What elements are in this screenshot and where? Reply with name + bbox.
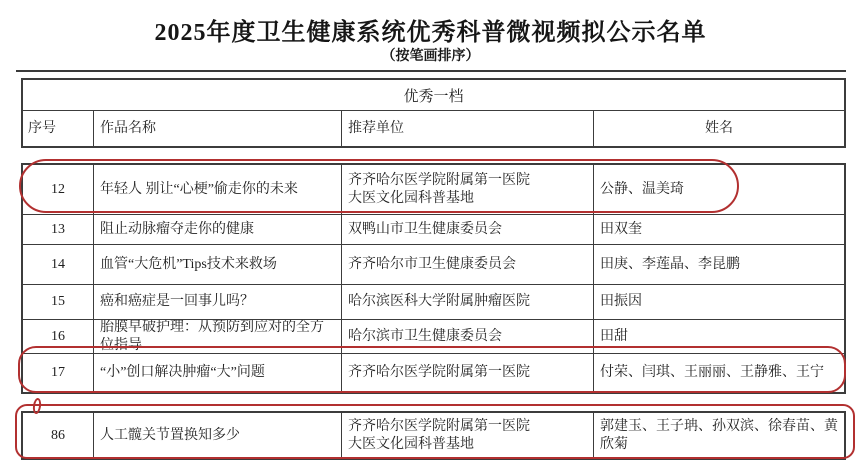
cell-serial: 12	[23, 165, 93, 214]
document-page: 2025年度卫生健康系统优秀科普微视频拟公示名单 （按笔画排序） 优秀一档 序号…	[0, 0, 861, 462]
cell-author-names: 田双奎	[593, 215, 844, 244]
cell-work-title: 年轻人 别让“心梗”偷走你的未来	[93, 165, 341, 214]
cell-serial: 17	[23, 354, 93, 392]
cell-work-title: 血管“大危机”Tips技术来救场	[93, 245, 341, 284]
table-row: 15 癌和癌症是一回事儿吗？ 哈尔滨医科大学附属肿瘤医院 田振因	[23, 284, 844, 319]
cell-serial: 14	[23, 245, 93, 284]
cell-recommending-unit: 齐齐哈尔医学院附属第一医院 大医文化园科普基地	[341, 413, 593, 458]
cell-work-title: 阻止动脉瘤夺走你的健康	[93, 215, 341, 244]
table-row: 86 人工髋关节置换知多少 齐齐哈尔医学院附属第一医院 大医文化园科普基地 郭建…	[23, 413, 844, 458]
cell-recommending-unit: 齐齐哈尔市卫生健康委员会	[341, 245, 593, 284]
cell-author-names: 郭建玉、王子珃、孙双滨、徐春苗、黄欣菊	[593, 413, 844, 458]
cell-author-names: 公静、温美琦	[593, 165, 844, 214]
table-body-fragment: 12 年轻人 别让“心梗”偷走你的未来 齐齐哈尔医学院附属第一医院 大医文化园科…	[21, 163, 846, 394]
cell-serial: 15	[23, 285, 93, 319]
page-title: 2025年度卫生健康系统优秀科普微视频拟公示名单	[0, 12, 861, 47]
table-row: 12 年轻人 别让“心梗”偷走你的未来 齐齐哈尔医学院附属第一医院 大医文化园科…	[23, 165, 844, 214]
cell-author-names: 田庚、李莲晶、李昆鹏	[593, 245, 844, 284]
table-row: 17 “小”创口解决肿瘤“大”问题 齐齐哈尔医学院附属第一医院 付荣、闫琪、王丽…	[23, 353, 844, 392]
cell-author-names: 田振因	[593, 285, 844, 319]
cell-author-names: 付荣、闫琪、王丽丽、王静雅、王宁	[593, 354, 844, 392]
header-names: 姓名	[593, 111, 844, 146]
table-band-title: 优秀一档	[23, 80, 844, 110]
cell-author-names: 田甜	[593, 320, 844, 353]
header-recommending-unit: 推荐单位	[341, 111, 593, 146]
table-header-row: 序号 作品名称 推荐单位 姓名	[23, 110, 844, 146]
cell-recommending-unit: 双鸭山市卫生健康委员会	[341, 215, 593, 244]
table-row: 14 血管“大危机”Tips技术来救场 齐齐哈尔市卫生健康委员会 田庚、李莲晶、…	[23, 244, 844, 284]
cell-work-title: “小”创口解决肿瘤“大”问题	[93, 354, 341, 392]
cell-work-title: 癌和癌症是一回事儿吗？	[93, 285, 341, 319]
table-body-fragment-2: 86 人工髋关节置换知多少 齐齐哈尔医学院附属第一医院 大医文化园科普基地 郭建…	[21, 411, 846, 460]
table-row: 13 阻止动脉瘤夺走你的健康 双鸭山市卫生健康委员会 田双奎	[23, 214, 844, 244]
table-row: 16 胎膜早破护理：从预防到应对的全方位指导 哈尔滨市卫生健康委员会 田甜	[23, 319, 844, 353]
page-subtitle: （按笔画排序）	[0, 45, 861, 65]
cell-serial: 13	[23, 215, 93, 244]
table-header-fragment: 优秀一档 序号 作品名称 推荐单位 姓名	[21, 78, 846, 148]
cell-recommending-unit: 齐齐哈尔医学院附属第一医院	[341, 354, 593, 392]
cell-serial: 86	[23, 413, 93, 458]
header-serial: 序号	[23, 111, 93, 146]
cell-recommending-unit: 哈尔滨医科大学附属肿瘤医院	[341, 285, 593, 319]
cell-work-title: 人工髋关节置换知多少	[93, 413, 341, 458]
cell-recommending-unit: 齐齐哈尔医学院附属第一医院 大医文化园科普基地	[341, 165, 593, 214]
divider	[16, 70, 846, 72]
cell-work-title: 胎膜早破护理：从预防到应对的全方位指导	[93, 320, 341, 353]
cell-serial: 16	[23, 320, 93, 353]
cell-recommending-unit: 哈尔滨市卫生健康委员会	[341, 320, 593, 353]
header-work-title: 作品名称	[93, 111, 341, 146]
